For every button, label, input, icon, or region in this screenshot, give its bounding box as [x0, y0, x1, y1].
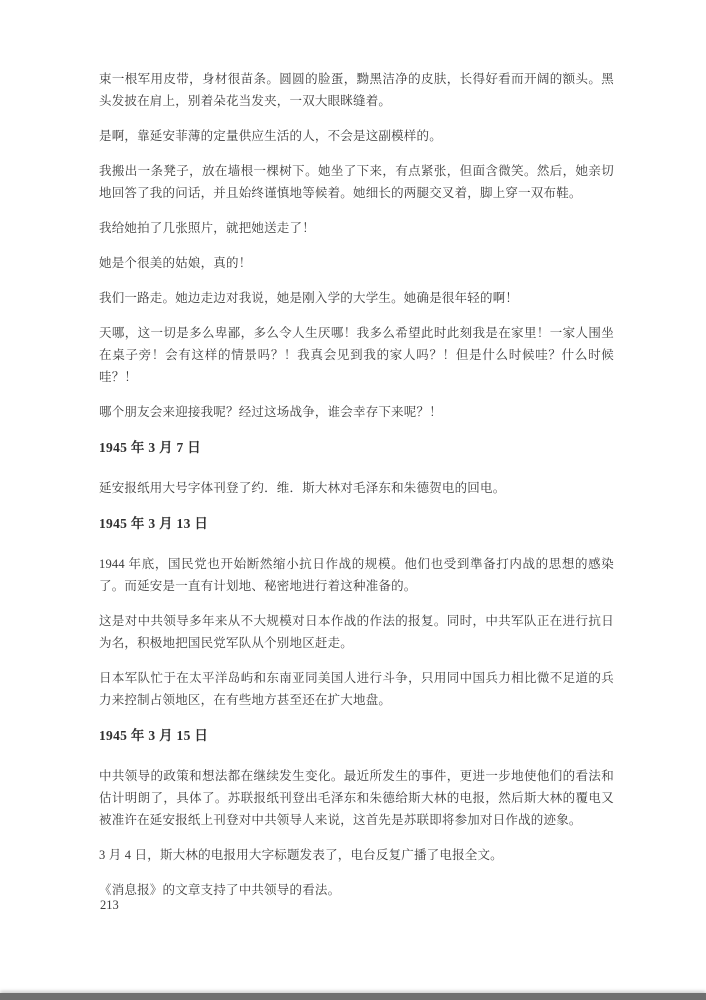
date-heading: 1945 年 3 月 15 日	[99, 724, 614, 748]
date-heading: 1945 年 3 月 7 日	[99, 436, 614, 460]
paragraph: 我给她拍了几张照片，就把她送走了！	[99, 217, 614, 239]
scan-bottom-edge	[0, 993, 706, 1000]
paragraph: 日本军队忙于在太平洋岛屿和东南亚同美国人进行斗争，只用同中国兵力相比微不足道的兵…	[99, 667, 614, 711]
date-heading: 1945 年 3 月 13 日	[99, 512, 614, 536]
page-content: 束一根军用皮带，身材很苗条。圆圆的脸蛋，黝黑洁净的皮肤，长得好看而开阔的额头。黑…	[99, 68, 614, 914]
paragraph: 我们一路走。她边走边对我说，她是刚入学的大学生。她确是很年轻的啊！	[99, 287, 614, 309]
paragraph: 是啊，靠延安菲薄的定量供应生活的人，不会是这副模样的。	[99, 125, 614, 147]
paragraph: 束一根军用皮带，身材很苗条。圆圆的脸蛋，黝黑洁净的皮肤，长得好看而开阔的额头。黑…	[99, 68, 614, 112]
paragraph: 1944 年底，国民党也开始断然缩小抗日作战的规模。他们也受到準备打内战的思想的…	[99, 553, 614, 597]
paragraph: 3 月 4 日，斯大林的电报用大字标题发表了，电台反复广播了电报全文。	[99, 844, 614, 866]
paragraph: 《消息报》的文章支持了中共领导的看法。	[99, 879, 614, 901]
paragraph: 她是个很美的姑娘，真的！	[99, 252, 614, 274]
paragraph: 这是对中共领导多年来从不大规模对日本作战的作法的报复。同时，中共军队正在进行抗日…	[99, 610, 614, 654]
paragraph: 天哪，这一切是多么卑鄙，多么令人生厌哪！我多么希望此时此刻我是在家里！一家人围坐…	[99, 322, 614, 388]
paragraph: 中共领导的政策和想法都在继续发生变化。最近所发生的事件，更进一步地使他们的看法和…	[99, 765, 614, 831]
page-number: 213	[100, 896, 119, 914]
paragraph: 我搬出一条凳子，放在墙根一棵树下。她坐了下来，有点紧张，但面含微笑。然后，她亲切…	[99, 160, 614, 204]
paragraph: 哪个朋友会来迎接我呢？经过这场战争，谁会幸存下来呢？！	[99, 401, 614, 423]
paragraph: 延安报纸用大号字体刊登了约．维．斯大林对毛泽东和朱德贺电的回电。	[99, 477, 614, 499]
book-page: 束一根军用皮带，身材很苗条。圆圆的脸蛋，黝黑洁净的皮肤，长得好看而开阔的额头。黑…	[0, 0, 706, 1000]
